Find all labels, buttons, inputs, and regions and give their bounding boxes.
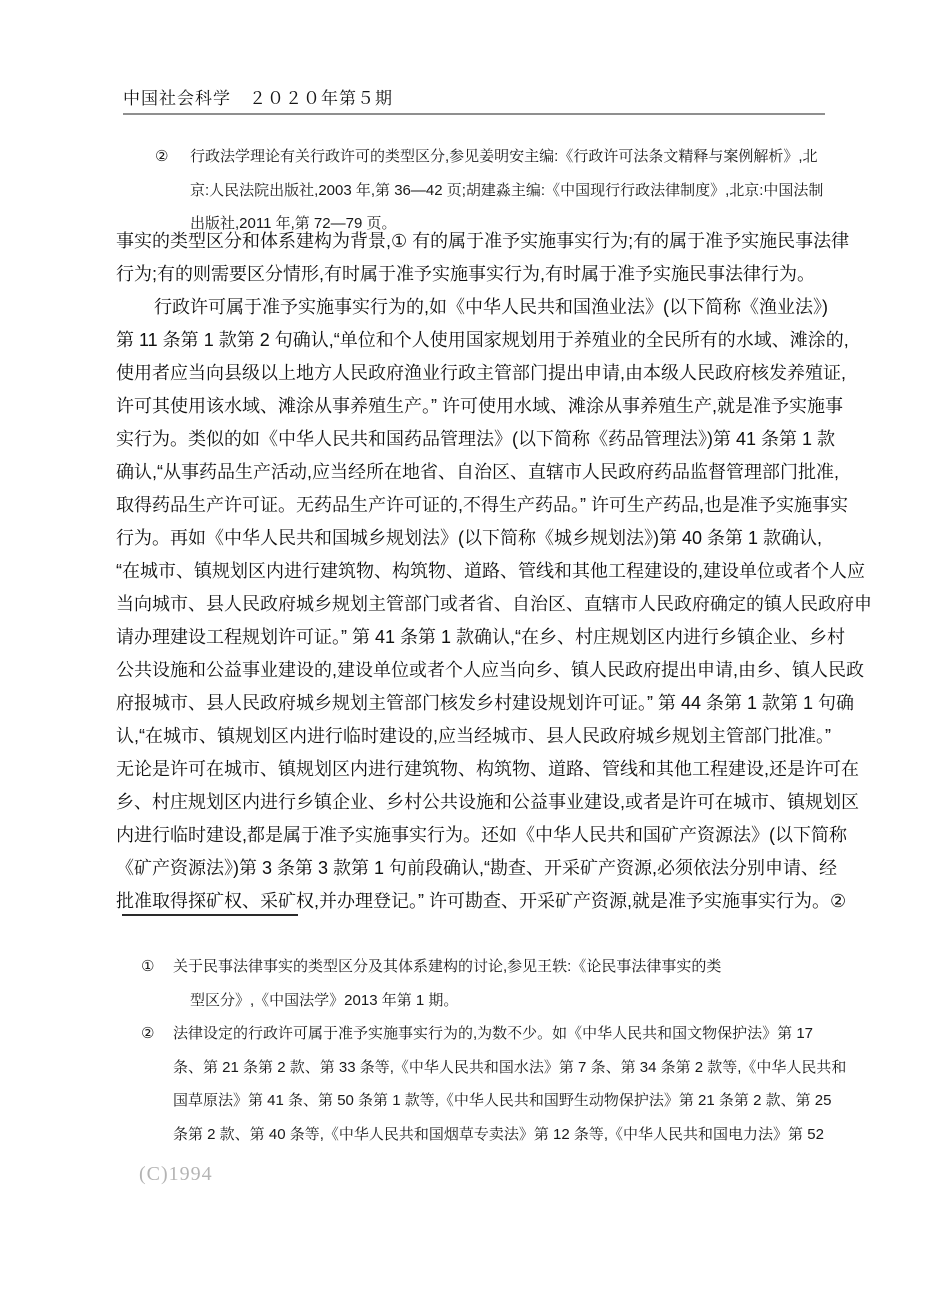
footnote-bottom-1: ① 关于民事法律事实的类型区分及其体系建构的讨论,参见王轶:《论民事法律事实的类… <box>141 950 881 1017</box>
text-line: 公共设施和公益事业建设的,建设单位或者个人应当向乡、镇人民政府提出申请,由乡、镇… <box>116 654 850 687</box>
article-body: 事实的类型区分和体系建构为背景,① 有的属于准予实施事实行为;有的属于准予实施民… <box>116 225 850 918</box>
text-line: 取得药品生产许可证。无药品生产许可证的,不得生产药品。” 许可生产药品,也是准予… <box>116 489 850 522</box>
text-line: 型区分》,《中国法学》2013 年第 1 期。 <box>173 984 881 1018</box>
text-line: 行为;有的则需要区分情形,有时属于准予实施事实行为,有时属于准予实施民事法律行为… <box>116 258 850 291</box>
footnotes-bottom: ① 关于民事法律事实的类型区分及其体系建构的讨论,参见王轶:《论民事法律事实的类… <box>141 950 881 1151</box>
text-line: 行为。再如《中华人民共和国城乡规划法》(以下简称《城乡规划法》)第 40 条第 … <box>116 522 850 555</box>
text-line: 当向城市、县人民政府城乡规划主管部门或者省、自治区、直辖市人民政府确定的镇人民政… <box>116 588 850 621</box>
text-line: 《矿产资源法》)第 3 条第 3 款第 1 句前段确认,“勘查、开采矿产资源,必… <box>116 852 850 885</box>
footnote-marker: ② <box>155 140 168 174</box>
text-line: 认,“在城市、镇规划区内进行临时建设的,应当经城市、县人民政府城乡规划主管部门批… <box>116 720 850 753</box>
text-line: 第 11 条第 1 款第 2 句确认,“单位和个人使用国家规划用于养殖业的全民所… <box>116 324 850 357</box>
text-line: 法律设定的行政许可属于准予实施事实行为的,为数不少。如《中华人民共和国文物保护法… <box>173 1017 881 1051</box>
copyright-watermark: (C)1994 <box>139 1163 213 1186</box>
text-line: 行政许可属于准予实施事实行为的,如《中华人民共和国渔业法》(以下简称《渔业法》) <box>116 291 850 324</box>
text-line: 内进行临时建设,都是属于准予实施事实行为。还如《中华人民共和国矿产资源法》(以下… <box>116 819 850 852</box>
header-rule <box>123 113 825 115</box>
journal-header-title: 中国社会科学 ２０２０年第５期 <box>123 84 393 109</box>
text-line: 实行为。类似的如《中华人民共和国药品管理法》(以下简称《药品管理法》)第 41 … <box>116 423 850 456</box>
text-line: 关于民事法律事实的类型区分及其体系建构的讨论,参见王轶:《论民事法律事实的类 <box>173 950 881 984</box>
footnote-separator <box>122 914 298 916</box>
text-line: 府报城市、县人民政府城乡规划主管部门核发乡村建设规划许可证。” 第 44 条第 … <box>116 687 850 720</box>
text-line: 许可其使用该水域、滩涂从事养殖生产。” 许可使用水域、滩涂从事养殖生产,就是准予… <box>116 390 850 423</box>
text-line: 请办理建设工程规划许可证。” 第 41 条第 1 款确认,“在乡、村庄规划区内进… <box>116 621 850 654</box>
footnote-text: 关于民事法律事实的类型区分及其体系建构的讨论,参见王轶:《论民事法律事实的类型区… <box>173 950 881 1017</box>
text-line: 事实的类型区分和体系建构为背景,① 有的属于准予实施事实行为;有的属于准予实施民… <box>116 225 850 258</box>
text-line: “在城市、镇规划区内进行建筑物、构筑物、道路、管线和其他工程建设的,建设单位或者… <box>116 555 850 588</box>
text-line: 行政法学理论有关行政许可的类型区分,参见姜明安主编:《行政许可法条文精释与案例解… <box>190 140 855 174</box>
footnote-marker: ② <box>141 1017 154 1051</box>
footnote-text: 法律设定的行政许可属于准予实施事实行为的,为数不少。如《中华人民共和国文物保护法… <box>173 1017 881 1151</box>
text-line: 国草原法》第 41 条、第 50 条第 1 款等,《中华人民共和国野生动物保护法… <box>173 1084 881 1118</box>
footnote-bottom-2: ② 法律设定的行政许可属于准予实施事实行为的,为数不少。如《中华人民共和国文物保… <box>141 1017 881 1151</box>
footnote-marker: ① <box>141 950 154 984</box>
text-line: 使用者应当向县级以上地方人民政府渔业行政主管部门提出申请,由本级人民政府核发养殖… <box>116 357 850 390</box>
body-paragraph-1: 事实的类型区分和体系建构为背景,① 有的属于准予实施事实行为;有的属于准予实施民… <box>116 225 850 291</box>
text-line: 条、第 21 条第 2 款、第 33 条等,《中华人民共和国水法》第 7 条、第… <box>173 1051 881 1085</box>
text-line: 无论是许可在城市、镇规划区内进行建筑物、构筑物、道路、管线和其他工程建设,还是许… <box>116 753 850 786</box>
body-paragraph-2: 行政许可属于准予实施事实行为的,如《中华人民共和国渔业法》(以下简称《渔业法》)… <box>116 291 850 918</box>
journal-page: 中国社会科学 ２０２０年第５期 ② 行政法学理论有关行政许可的类型区分,参见姜明… <box>0 0 950 1290</box>
text-line: 乡、村庄规划区内进行乡镇企业、乡村公共设施和公益事业建设,或者是许可在城市、镇规… <box>116 786 850 819</box>
text-line: 条第 2 款、第 40 条等,《中华人民共和国烟草专卖法》第 12 条等,《中华… <box>173 1118 881 1152</box>
text-line: 确认,“从事药品生产活动,应当经所在地省、自治区、直辖市人民政府药品监督管理部门… <box>116 456 850 489</box>
text-line: 京:人民法院出版社,2003 年,第 36—42 页;胡建淼主编:《中国现行行政… <box>190 174 855 208</box>
